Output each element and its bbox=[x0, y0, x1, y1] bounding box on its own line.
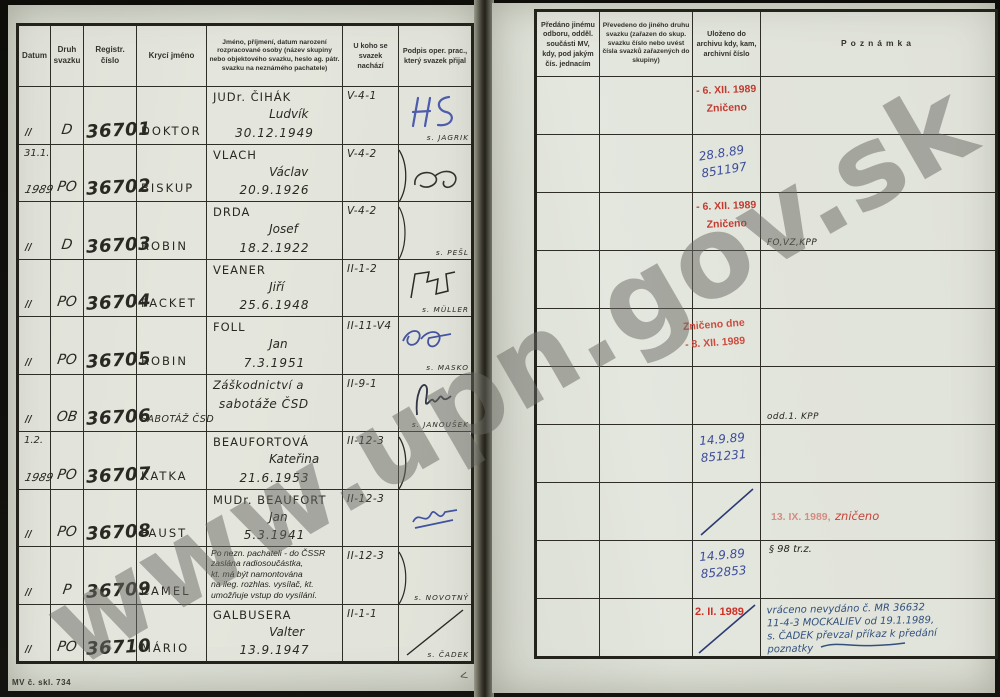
cell-podpis: s. MÜLLER bbox=[399, 259, 471, 317]
cell-datum: II bbox=[19, 316, 51, 374]
ukoho-value: V-4-1 bbox=[347, 90, 377, 102]
kryci-value: MÁRIO bbox=[141, 641, 189, 655]
destroyed-handwritten: zničeno bbox=[835, 509, 879, 523]
destroyed-stamp: - 6. XII. 1989 Zničeno bbox=[692, 197, 760, 235]
kryci-value: SABOTÁŽ ČSD bbox=[141, 414, 214, 425]
header-podpis: Podpis oper. prac., který svazek přijal bbox=[399, 26, 471, 86]
cell-predano bbox=[537, 192, 600, 250]
registry-left-page: Datum Druh svazku Registr. číslo Krycí j… bbox=[8, 5, 478, 691]
cell-ulozeno bbox=[693, 482, 761, 540]
cell-prevedeno bbox=[600, 598, 693, 656]
cell-datum: II bbox=[19, 489, 51, 547]
druh-value: P bbox=[62, 582, 73, 598]
ukoho-value: II-1-1 bbox=[347, 608, 377, 620]
name-given: Valter bbox=[269, 625, 304, 639]
cell-jmeno: Záškodnictví asabotáže ČSD bbox=[207, 374, 343, 432]
header-kryci-jmeno: Krycí jméno bbox=[137, 26, 207, 86]
druh-value: PO bbox=[56, 639, 78, 655]
podpis-label: s. JANOUŠEK bbox=[412, 420, 469, 429]
ukoho-value: II-1-2 bbox=[347, 263, 377, 275]
name-surname: VEANER bbox=[213, 263, 266, 277]
cell-predano bbox=[537, 598, 600, 656]
ukoho-value: II-11-V4 bbox=[347, 320, 392, 332]
cell-jmeno: DRDAJosef18.2.1922 bbox=[207, 201, 343, 259]
name-given: Jan bbox=[269, 510, 288, 524]
datum-ditto: II bbox=[23, 126, 33, 139]
signature-scribble-icon bbox=[411, 159, 465, 203]
cell-druh: D bbox=[51, 86, 84, 144]
cell-podpis: s. JANOUŠEK bbox=[399, 374, 471, 432]
cell-podpis: s. NOVOTNÝ bbox=[399, 546, 471, 604]
cell-jmeno: BEAUFORTOVÁKateřina21.6.1953 bbox=[207, 431, 343, 489]
archive-number-note: 28.8.89 851197 bbox=[698, 142, 749, 184]
cell-ulozeno: 2. II. 1989 bbox=[693, 598, 761, 656]
form-number: MV č. skl. 734 bbox=[12, 678, 71, 687]
scanned-registry-photo: Datum Druh svazku Registr. číslo Krycí j… bbox=[0, 0, 1000, 697]
ukoho-value: II-12-3 bbox=[347, 550, 384, 562]
cell-prevedeno bbox=[600, 134, 693, 192]
cell-ulozeno: 14.9.89 851231 bbox=[693, 424, 761, 482]
cell-registr: 36709 bbox=[84, 546, 137, 604]
kryci-value: DOKTOR bbox=[141, 124, 202, 138]
cell-poznamka: FO,VZ,KPP bbox=[761, 192, 995, 250]
left-table-header: Datum Druh svazku Registr. číslo Krycí j… bbox=[19, 26, 471, 86]
podpis-label: s. MÜLLER bbox=[422, 305, 469, 314]
cell-datum: II bbox=[19, 259, 51, 317]
name-given: Ludvík bbox=[269, 107, 308, 121]
kryci-value: CAMEL bbox=[141, 584, 191, 598]
cell-ulozeno bbox=[693, 366, 761, 424]
cell-datum: 31.1.1989 bbox=[19, 144, 51, 202]
cell-registr: 36708 bbox=[84, 489, 137, 547]
table-row: II D 36701 DOKTOR JUDr. ČIHÁKLudvík30.12… bbox=[19, 86, 471, 144]
cell-kryci: FAUST bbox=[137, 489, 207, 547]
header-ulozeno: Uloženo do archivu kdy, kam, archivní čí… bbox=[693, 12, 761, 76]
druh-value: PO bbox=[56, 524, 78, 540]
cell-predano bbox=[537, 366, 600, 424]
cell-ulozeno: 28.8.89 851197 bbox=[693, 134, 761, 192]
cell-ulozeno: Zničeno dne - 8. XII. 1989 bbox=[693, 308, 761, 366]
datum-ditto: II bbox=[23, 241, 33, 254]
cell-druh: D bbox=[51, 201, 84, 259]
book-spine-fold bbox=[474, 0, 494, 697]
cell-ukoho: II-1-2 bbox=[343, 259, 399, 317]
strike-slash-icon bbox=[693, 599, 761, 657]
cell-ulozeno: - 6. XII. 1989 Zničeno bbox=[693, 192, 761, 250]
cell-ukoho: II-11-V4 bbox=[343, 316, 399, 374]
druh-value: D bbox=[60, 237, 73, 253]
name-birthdate: 20.9.1926 bbox=[239, 183, 309, 197]
cell-registr: 36704 bbox=[84, 259, 137, 317]
cell-jmeno: MUDr. BEAUFORTJan5.3.1941 bbox=[207, 489, 343, 547]
cell-podpis bbox=[399, 431, 471, 489]
cell-prevedeno bbox=[600, 424, 693, 482]
name-surname: VLACH bbox=[213, 148, 257, 162]
datum-value: 31.1. bbox=[24, 148, 49, 159]
cell-predano bbox=[537, 482, 600, 540]
datum-value: 1.2. bbox=[24, 435, 43, 446]
table-row: 1.2.1989 PO 36707 KATKA BEAUFORTOVÁKateř… bbox=[19, 431, 471, 489]
cell-druh: PO bbox=[51, 431, 84, 489]
name-birthdate: 30.12.1949 bbox=[235, 126, 314, 140]
destroyed-date-stamp: 13. IX. 1989, bbox=[771, 511, 831, 523]
cell-poznamka bbox=[761, 250, 995, 308]
cell-kryci: ROBIN bbox=[137, 316, 207, 374]
cell-ulozeno: 14.9.89 852853 bbox=[693, 540, 761, 598]
datum-ditto: II bbox=[23, 586, 33, 599]
cell-kryci: DOKTOR bbox=[137, 86, 207, 144]
brace-mark-icon bbox=[395, 148, 409, 204]
cell-kryci: SABOTÁŽ ČSD bbox=[137, 374, 207, 432]
name-birthdate: 7.3.1951 bbox=[244, 356, 305, 370]
cell-registr: 36701 bbox=[84, 86, 137, 144]
datum-year: 1989 bbox=[23, 471, 54, 484]
cell-kryci: ROBIN bbox=[137, 201, 207, 259]
cell-datum: II bbox=[19, 546, 51, 604]
ukoho-value: V-4-2 bbox=[347, 205, 377, 217]
header-poznamka: Poznámka bbox=[761, 12, 995, 76]
registry-right-page: Předáno jinému odboru, odděl. součásti M… bbox=[492, 3, 995, 693]
table-row: - 6. XII. 1989 Zničeno bbox=[537, 76, 995, 134]
name-surname: JUDr. ČIHÁK bbox=[213, 90, 291, 104]
datum-ditto: II bbox=[23, 298, 33, 311]
object-file-title: Záškodnictví a bbox=[213, 378, 304, 392]
cell-predano bbox=[537, 250, 600, 308]
cell-kryci: BISKUP bbox=[137, 144, 207, 202]
name-birthdate: 13.9.1947 bbox=[239, 643, 309, 657]
cell-registr: 36702 bbox=[84, 144, 137, 202]
kryci-value: PACKET bbox=[141, 296, 197, 310]
registry-table-left: Datum Druh svazku Registr. číslo Krycí j… bbox=[16, 23, 474, 664]
cell-kryci: CAMEL bbox=[137, 546, 207, 604]
datum-ditto: II bbox=[23, 413, 33, 426]
table-row: II P 36709 CAMEL Po nezn. pachateli - do… bbox=[19, 546, 471, 604]
cell-jmeno: GALBUSERAValter13.9.1947 bbox=[207, 604, 343, 662]
strike-slash-icon bbox=[693, 483, 761, 541]
cell-poznamka bbox=[761, 134, 995, 192]
cell-ukoho: II-9-1 bbox=[343, 374, 399, 432]
destroyed-stamp: Zničeno dne - 8. XII. 1989 bbox=[680, 315, 749, 355]
name-birthdate: 25.6.1948 bbox=[239, 298, 309, 312]
cell-datum: 1.2.1989 bbox=[19, 431, 51, 489]
cell-ukoho: V-4-2 bbox=[343, 144, 399, 202]
cell-druh: PO bbox=[51, 489, 84, 547]
cell-ukoho: II-12-3 bbox=[343, 489, 399, 547]
name-surname: GALBUSERA bbox=[213, 608, 291, 622]
ukoho-value: II-9-1 bbox=[347, 378, 377, 390]
kryci-value: FAUST bbox=[141, 526, 187, 540]
cell-datum: II bbox=[19, 604, 51, 662]
cell-registr: 36706 bbox=[84, 374, 137, 432]
name-birthdate: 5.3.1941 bbox=[244, 528, 305, 542]
druh-value: PO bbox=[56, 294, 78, 310]
cell-jmeno: JUDr. ČIHÁKLudvík30.12.1949 bbox=[207, 86, 343, 144]
cell-poznamka: 13. IX. 1989, zničeno bbox=[761, 482, 995, 540]
table-row: II PO 36710 MÁRIO GALBUSERAValter13.9.19… bbox=[19, 604, 471, 662]
cell-prevedeno bbox=[600, 540, 693, 598]
table-row: II PO 36705 ROBIN FOLLJan7.3.1951 II-11-… bbox=[19, 316, 471, 374]
kryci-value: ROBIN bbox=[141, 239, 188, 253]
name-surname: DRDA bbox=[213, 205, 250, 219]
cell-prevedeno bbox=[600, 482, 693, 540]
header-prevedeno: Převedeno do jiného druhu svazku (zařaze… bbox=[600, 12, 693, 76]
remark-note: FO,VZ,KPP bbox=[767, 238, 817, 248]
header-registracni-cislo: Registr. číslo bbox=[84, 26, 137, 86]
cell-ukoho: V-4-2 bbox=[343, 201, 399, 259]
cell-kryci: MÁRIO bbox=[137, 604, 207, 662]
druh-value: PO bbox=[56, 352, 78, 368]
datum-ditto: II bbox=[23, 643, 33, 656]
table-row: Zničeno dne - 8. XII. 1989 bbox=[537, 308, 995, 366]
table-row: II OB 36706 SABOTÁŽ ČSD Záškodnictví asa… bbox=[19, 374, 471, 432]
cell-poznamka bbox=[761, 76, 995, 134]
table-row: II PO 36708 FAUST MUDr. BEAUFORTJan5.3.1… bbox=[19, 489, 471, 547]
cell-predano bbox=[537, 308, 600, 366]
name-given: Kateřina bbox=[269, 452, 319, 466]
cell-ulozeno: - 6. XII. 1989 Zničeno bbox=[693, 76, 761, 134]
druh-value: PO bbox=[56, 467, 78, 483]
cell-ulozeno bbox=[693, 250, 761, 308]
pencil-check-mark: < bbox=[458, 667, 469, 683]
header-datum: Datum bbox=[19, 26, 51, 86]
brace-mark-icon bbox=[395, 435, 409, 491]
cell-kryci: PACKET bbox=[137, 259, 207, 317]
cell-jmeno: FOLLJan7.3.1951 bbox=[207, 316, 343, 374]
table-row: II D 36703 ROBIN DRDAJosef18.2.1922 V-4-… bbox=[19, 201, 471, 259]
cell-jmeno: VEANERJiří25.6.1948 bbox=[207, 259, 343, 317]
name-surname: FOLL bbox=[213, 320, 245, 334]
table-row: 31.1.1989 PO 36702 BISKUP VLACHVáclav20.… bbox=[19, 144, 471, 202]
cell-poznamka bbox=[761, 424, 995, 482]
cell-podpis: s. MASKO bbox=[399, 316, 471, 374]
datum-ditto: II bbox=[23, 356, 33, 369]
cell-poznamka: § 98 tr.z. bbox=[761, 540, 995, 598]
brace-mark-icon bbox=[395, 550, 409, 606]
name-given: Václav bbox=[269, 165, 308, 179]
cell-prevedeno bbox=[600, 366, 693, 424]
cell-registr: 36707 bbox=[84, 431, 137, 489]
table-row: 13. IX. 1989, zničeno bbox=[537, 482, 995, 540]
cell-predano bbox=[537, 134, 600, 192]
cell-prevedeno bbox=[600, 308, 693, 366]
druh-value: D bbox=[60, 122, 73, 138]
table-row: 28.8.89 851197 bbox=[537, 134, 995, 192]
signature-scribble-icon bbox=[405, 266, 461, 308]
cell-poznamka bbox=[761, 308, 995, 366]
table-row: 2. II. 1989 vráceno nevydáno č. MR 36632… bbox=[537, 598, 995, 656]
name-given: Jiří bbox=[269, 280, 284, 294]
cell-datum: II bbox=[19, 86, 51, 144]
header-druh-svazku: Druh svazku bbox=[51, 26, 84, 86]
cell-ukoho: V-4-1 bbox=[343, 86, 399, 144]
signature-underline-icon bbox=[819, 639, 909, 651]
name-given: Jan bbox=[269, 337, 288, 351]
druh-value: OB bbox=[56, 409, 79, 425]
registry-table-right: Předáno jinému odboru, odděl. součásti M… bbox=[534, 9, 998, 659]
faded-stamp-and-note: 13. IX. 1989, zničeno bbox=[771, 507, 879, 525]
header-jmeno-prijmeni: Jméno, příjmení, datum narození rozpraco… bbox=[207, 26, 343, 86]
podpis-label: s. PEŠL bbox=[436, 248, 469, 257]
kryci-value: ROBIN bbox=[141, 354, 188, 368]
cell-podpis: s. JAGRIK bbox=[399, 86, 471, 144]
archive-number-note: 14.9.89 852853 bbox=[699, 545, 748, 584]
monogram-signature-icon bbox=[405, 90, 459, 134]
signature-scribble-icon bbox=[399, 319, 459, 361]
archive-number-note: 14.9.89 851231 bbox=[699, 429, 748, 468]
case-description: Po nezn. pachateli - do ČSSR zaslána rad… bbox=[211, 548, 341, 603]
table-row bbox=[537, 250, 995, 308]
cell-predano bbox=[537, 540, 600, 598]
cell-prevedeno bbox=[600, 250, 693, 308]
cell-prevedeno bbox=[600, 76, 693, 134]
cell-prevedeno bbox=[600, 192, 693, 250]
cell-druh: P bbox=[51, 546, 84, 604]
name-birthdate: 21.6.1953 bbox=[239, 471, 309, 485]
cell-druh: PO bbox=[51, 604, 84, 662]
name-birthdate: 18.2.1922 bbox=[239, 241, 309, 255]
cell-datum: II bbox=[19, 201, 51, 259]
ukoho-value: II-12-3 bbox=[347, 435, 384, 447]
cell-druh: PO bbox=[51, 316, 84, 374]
remark-note: § 98 tr.z. bbox=[769, 544, 812, 555]
name-surname: MUDr. BEAUFORT bbox=[213, 493, 326, 507]
cell-podpis: s. PEŠL bbox=[399, 201, 471, 259]
cell-predano bbox=[537, 76, 600, 134]
cell-jmeno: Po nezn. pachateli - do ČSSR zaslána rad… bbox=[207, 546, 343, 604]
header-u-koho: U koho se svazek nachází bbox=[343, 26, 399, 86]
cell-druh: PO bbox=[51, 144, 84, 202]
ukoho-value: V-4-2 bbox=[347, 148, 377, 160]
name-surname: BEAUFORTOVÁ bbox=[213, 435, 309, 449]
cell-ukoho: II-12-3 bbox=[343, 546, 399, 604]
podpis-label: s. JAGRIK bbox=[427, 133, 469, 142]
podpis-label: s. NOVOTNÝ bbox=[414, 593, 469, 602]
right-table-header: Předáno jinému odboru, odděl. součásti M… bbox=[537, 12, 995, 76]
cell-registr: 36710 bbox=[84, 604, 137, 662]
cell-predano bbox=[537, 424, 600, 482]
cell-druh: OB bbox=[51, 374, 84, 432]
cell-ukoho: II-1-1 bbox=[343, 604, 399, 662]
cell-druh: PO bbox=[51, 259, 84, 317]
table-row: 14.9.89 852853 § 98 tr.z. bbox=[537, 540, 995, 598]
cell-kryci: KATKA bbox=[137, 431, 207, 489]
datum-ditto: II bbox=[23, 528, 33, 541]
cell-registr: 36705 bbox=[84, 316, 137, 374]
podpis-label: s. MASKO bbox=[426, 363, 469, 372]
destroyed-stamp: - 6. XII. 1989 Zničeno bbox=[692, 81, 760, 119]
name-given: Josef bbox=[269, 222, 298, 236]
table-row: 14.9.89 851231 bbox=[537, 424, 995, 482]
signature-scribble-icon bbox=[409, 377, 465, 421]
brace-mark-icon bbox=[395, 205, 409, 261]
remark-note: odd.1. KPP bbox=[767, 412, 819, 422]
kryci-value: KATKA bbox=[141, 469, 188, 483]
datum-year: 1989 bbox=[23, 183, 54, 196]
podpis-label: s. ČADEK bbox=[427, 650, 469, 659]
cell-registr: 36703 bbox=[84, 201, 137, 259]
object-file-title-2: sabotáže ČSD bbox=[219, 397, 309, 411]
ukoho-value: II-12-3 bbox=[347, 493, 384, 505]
signature-scribble-icon bbox=[409, 502, 465, 544]
table-row: II PO 36704 PACKET VEANERJiří25.6.1948 I… bbox=[19, 259, 471, 317]
cell-datum: II bbox=[19, 374, 51, 432]
cell-podpis: s. ČADEK bbox=[399, 604, 471, 662]
header-predano: Předáno jinému odboru, odděl. součásti M… bbox=[537, 12, 600, 76]
table-row: - 6. XII. 1989 Zničeno FO,VZ,KPP bbox=[537, 192, 995, 250]
cell-podpis bbox=[399, 489, 471, 547]
cell-ukoho: II-12-3 bbox=[343, 431, 399, 489]
cell-jmeno: VLACHVáclav20.9.1926 bbox=[207, 144, 343, 202]
kryci-value: BISKUP bbox=[141, 181, 194, 195]
cell-poznamka: vráceno nevydáno č. MR 36632 11-4-3 MOCK… bbox=[761, 598, 995, 656]
cell-poznamka: odd.1. KPP bbox=[761, 366, 995, 424]
druh-value: PO bbox=[56, 179, 78, 195]
cell-podpis bbox=[399, 144, 471, 202]
table-row: odd.1. KPP bbox=[537, 366, 995, 424]
